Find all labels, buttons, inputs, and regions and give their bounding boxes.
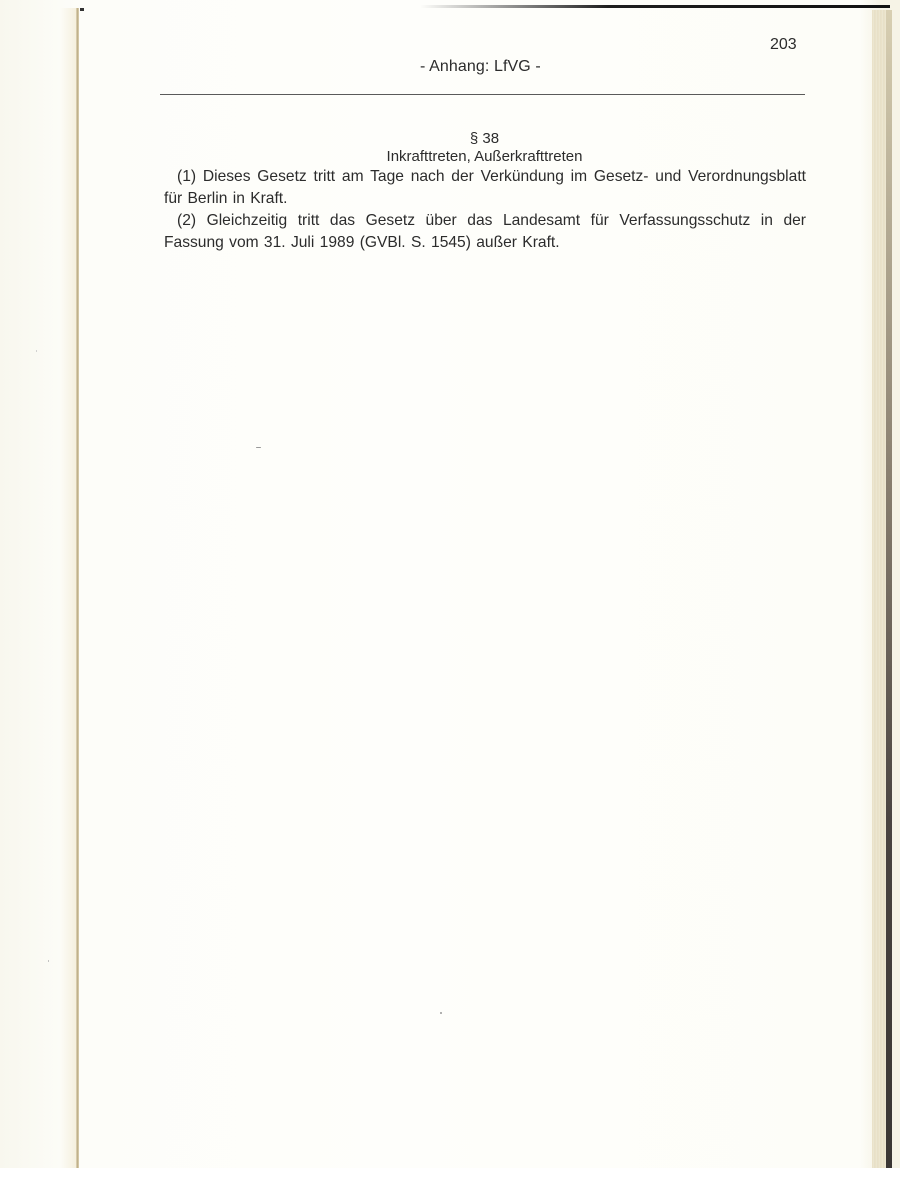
paragraph-2: (2) Gleichzeitig tritt das Gesetz über d…	[164, 210, 806, 254]
book-binding-line	[76, 8, 79, 1168]
scan-speck	[256, 447, 261, 448]
paragraph-1: (1) Dieses Gesetz tritt am Tage nach der…	[164, 166, 806, 210]
binding-mark	[80, 8, 84, 11]
scan-speck	[440, 1012, 442, 1014]
page-number: 203	[770, 36, 797, 54]
book-cover-edge	[886, 10, 892, 1168]
scan-speck	[48, 960, 49, 962]
section-number: § 38	[0, 130, 900, 147]
header-rule	[160, 94, 805, 95]
scanned-book-page: 203 - Anhang: LfVG - § 38 Inkrafttreten,…	[0, 0, 900, 1179]
top-page-edge	[420, 5, 890, 8]
bottom-margin	[0, 1168, 900, 1179]
scan-speck	[36, 350, 37, 352]
running-header: - Anhang: LfVG -	[420, 58, 541, 76]
section-body: (1) Dieses Gesetz tritt am Tage nach der…	[164, 166, 806, 254]
section-title: Inkrafttreten, Außerkrafttreten	[0, 148, 900, 165]
binding-shadow	[60, 8, 76, 1168]
